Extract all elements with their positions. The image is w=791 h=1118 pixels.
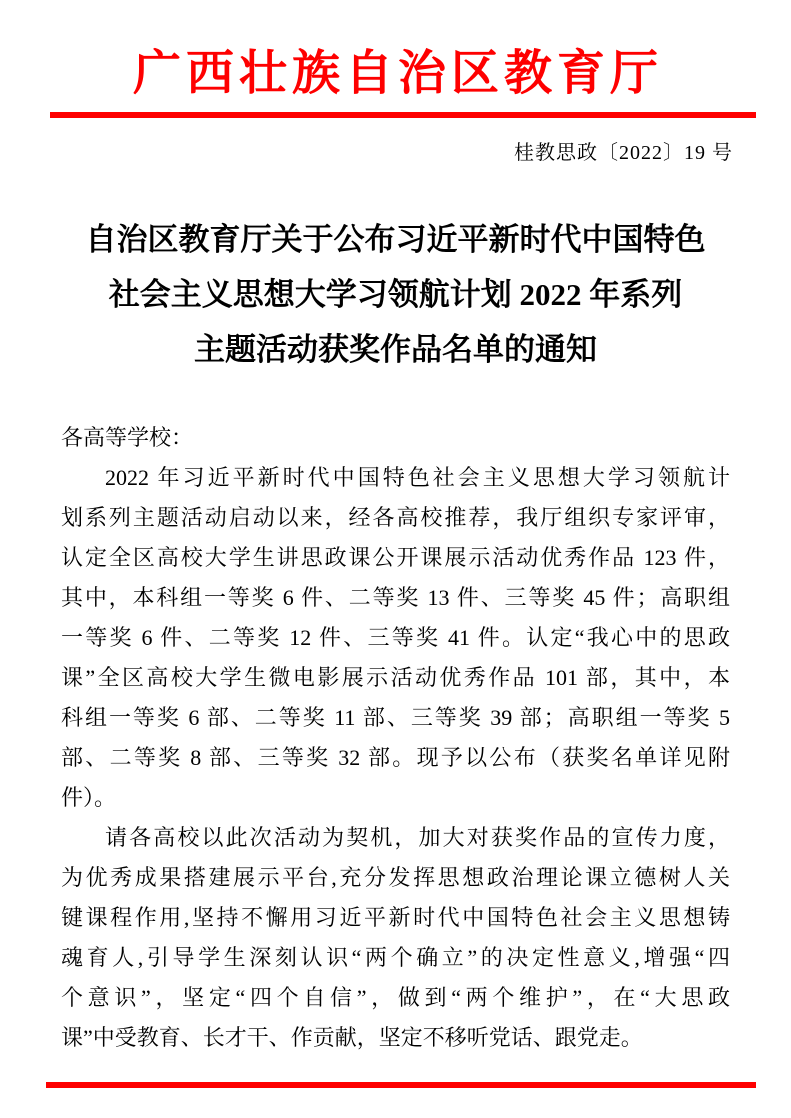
document-page: 广西壮族自治区教育厅 桂教思政〔2022〕19 号 自治区教育厅关于公布习近平新… [0, 0, 791, 1118]
body-line: 课”中受教育、长才干、作贡献，坚定不移听党话、跟党走。 [61, 1018, 730, 1058]
document-body: 各高等学校： 2022 年习近平新时代中国特色社会主义思想大学习领航计 划系列主… [61, 418, 730, 1058]
body-line: 划系列主题活动启动以来，经各高校推荐，我厅组织专家评审， [61, 498, 730, 538]
body-line: 科组一等奖 6 部、二等奖 11 部、三等奖 39 部；高职组一等奖 5 [61, 698, 730, 738]
body-line: 请各高校以此次活动为契机，加大对获奖作品的宣传力度， [61, 818, 730, 858]
footer-divider [46, 1082, 756, 1088]
body-line: 魂育人,引导学生深刻认识“两个确立”的决定性意义,增强“四 [61, 938, 730, 978]
body-line: 认定全区高校大学生讲思政课公开课展示活动优秀作品 123 件， [61, 538, 730, 578]
body-line: 其中，本科组一等奖 6 件、二等奖 13 件、三等奖 45 件；高职组 [61, 578, 730, 618]
title-line: 主题活动获奖作品名单的通知 [30, 322, 761, 377]
header-divider [50, 112, 756, 118]
body-line: 键课程作用,坚持不懈用习近平新时代中国特色社会主义思想铸 [61, 898, 730, 938]
body-salutation: 各高等学校： [61, 418, 730, 458]
body-line: 为优秀成果搭建展示平台,充分发挥思想政治理论课立德树人关 [61, 858, 730, 898]
body-line: 个意识”，坚定“四个自信”，做到“两个维护”，在“大思政 [61, 978, 730, 1018]
body-line: 2022 年习近平新时代中国特色社会主义思想大学习领航计 [61, 458, 730, 498]
title-line: 自治区教育厅关于公布习近平新时代中国特色 [30, 212, 761, 267]
body-line: 件）。 [61, 778, 730, 818]
body-line: 部、二等奖 8 部、三等奖 32 部。现予以公布（获奖名单详见附 [61, 738, 730, 778]
title-line: 社会主义思想大学习领航计划 2022 年系列 [30, 267, 761, 322]
document-title: 自治区教育厅关于公布习近平新时代中国特色 社会主义思想大学习领航计划 2022 … [30, 212, 761, 377]
body-line: 课”全区高校大学生微电影展示活动优秀作品 101 部，其中，本 [61, 658, 730, 698]
body-line: 一等奖 6 件、二等奖 12 件、三等奖 41 件。认定“我心中的思政 [61, 618, 730, 658]
agency-name: 广西壮族自治区教育厅 [0, 42, 791, 106]
document-number: 桂教思政〔2022〕19 号 [514, 138, 733, 168]
